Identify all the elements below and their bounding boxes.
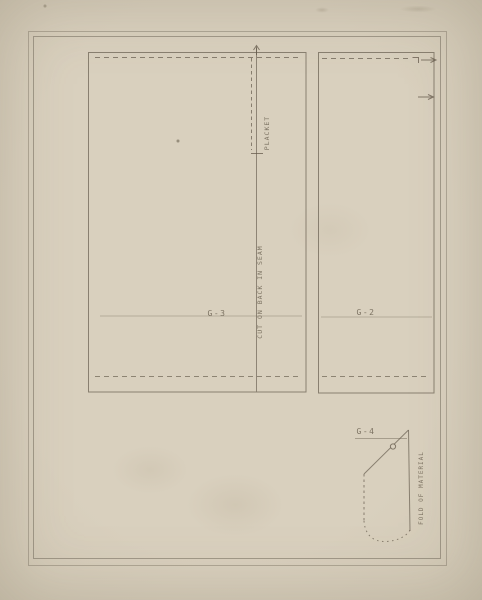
- arrow-right-icon: [418, 95, 434, 100]
- border-frame-outer: [29, 32, 447, 566]
- piece-g3-outline: [89, 53, 307, 393]
- placket-annotation: PLACKET: [262, 108, 272, 158]
- border-frame-inner: [34, 37, 441, 559]
- seam-annotation: CUT ON BACK IN SEAM: [255, 237, 265, 347]
- piece-g2-label: G-2: [351, 308, 381, 318]
- fold-annotation: FOLD OF MATERIAL: [417, 443, 427, 533]
- piece-g4-bottom-dotted-curve: [364, 521, 410, 542]
- piece-g4-label: G-4: [352, 427, 380, 437]
- pattern-linework: [0, 0, 482, 600]
- pattern-sheet: G-3 G-2 G-4 PLACKET CUT ON BACK IN SEAM …: [0, 0, 482, 600]
- notch-circle-icon: [390, 444, 395, 449]
- piece-g3-label: G-3: [202, 309, 232, 319]
- arrow-up-icon: [254, 46, 260, 56]
- piece-g4-right-edge: [409, 430, 411, 531]
- hook-icon: [413, 58, 419, 64]
- piece-g2-outline: [319, 53, 435, 394]
